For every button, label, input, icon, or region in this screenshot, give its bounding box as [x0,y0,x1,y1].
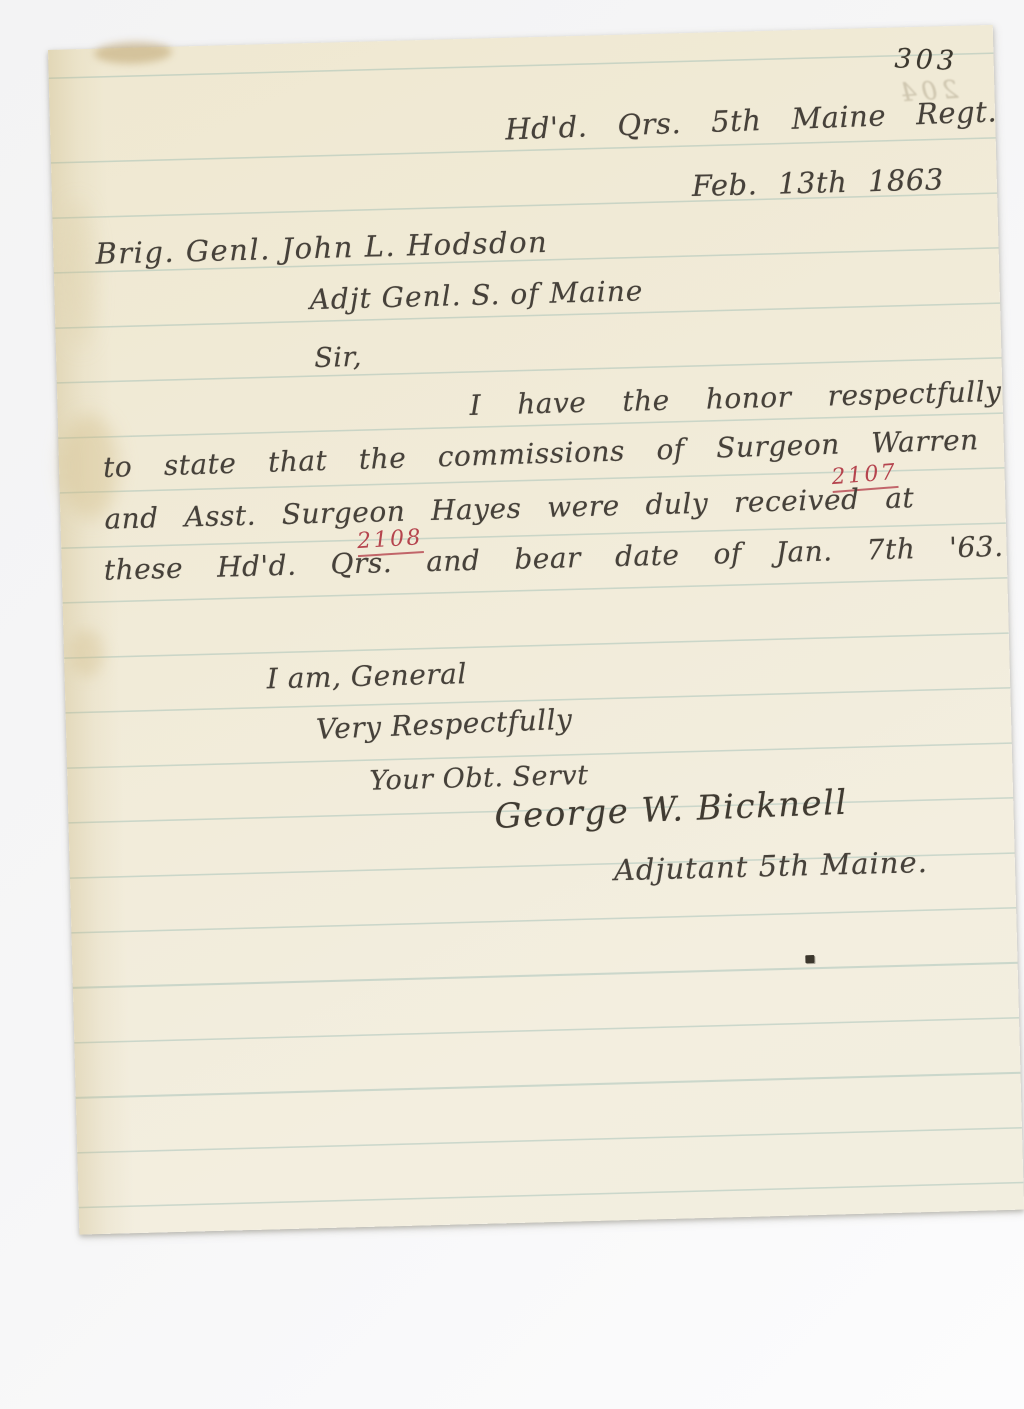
closing-line-3: Your Obt. Servt [369,760,589,797]
recipient-title: Adjt Genl. S. of Maine [309,274,643,316]
paper-stain-top-edge [94,41,173,65]
ink-blot [805,955,814,963]
body-line-1: I have the honor respectfully [469,375,1002,422]
body-line-3: and Asst. Surgeon Hayes were duly receiv… [104,481,915,535]
scanned-letter-page: 303 204 Hd'd. Qrs. 5th Maine Regt. Feb. … [0,0,1024,1409]
letterhead-date: Feb. 13th 1863 [691,162,944,203]
paper-stain-left-low [69,629,104,678]
recipient-name: Brig. Genl. John L. Hodsdon [95,225,549,271]
page-number: 303 [894,43,959,77]
signature-title: Adjutant 5th Maine. [614,845,929,887]
salutation: Sir, [314,342,362,374]
letter-paper: 303 204 Hd'd. Qrs. 5th Maine Regt. Feb. … [48,25,1024,1235]
letterhead-regiment: Hd'd. Qrs. 5th Maine Regt. [505,94,998,146]
closing-line-1: I am, General [266,657,467,695]
closing-line-2: Very Respectfully [315,703,573,746]
body-line-4: these Hd'd. Qrs. and bear date of Jan. 7… [103,530,1004,587]
paper-stain-left-high [62,199,96,350]
